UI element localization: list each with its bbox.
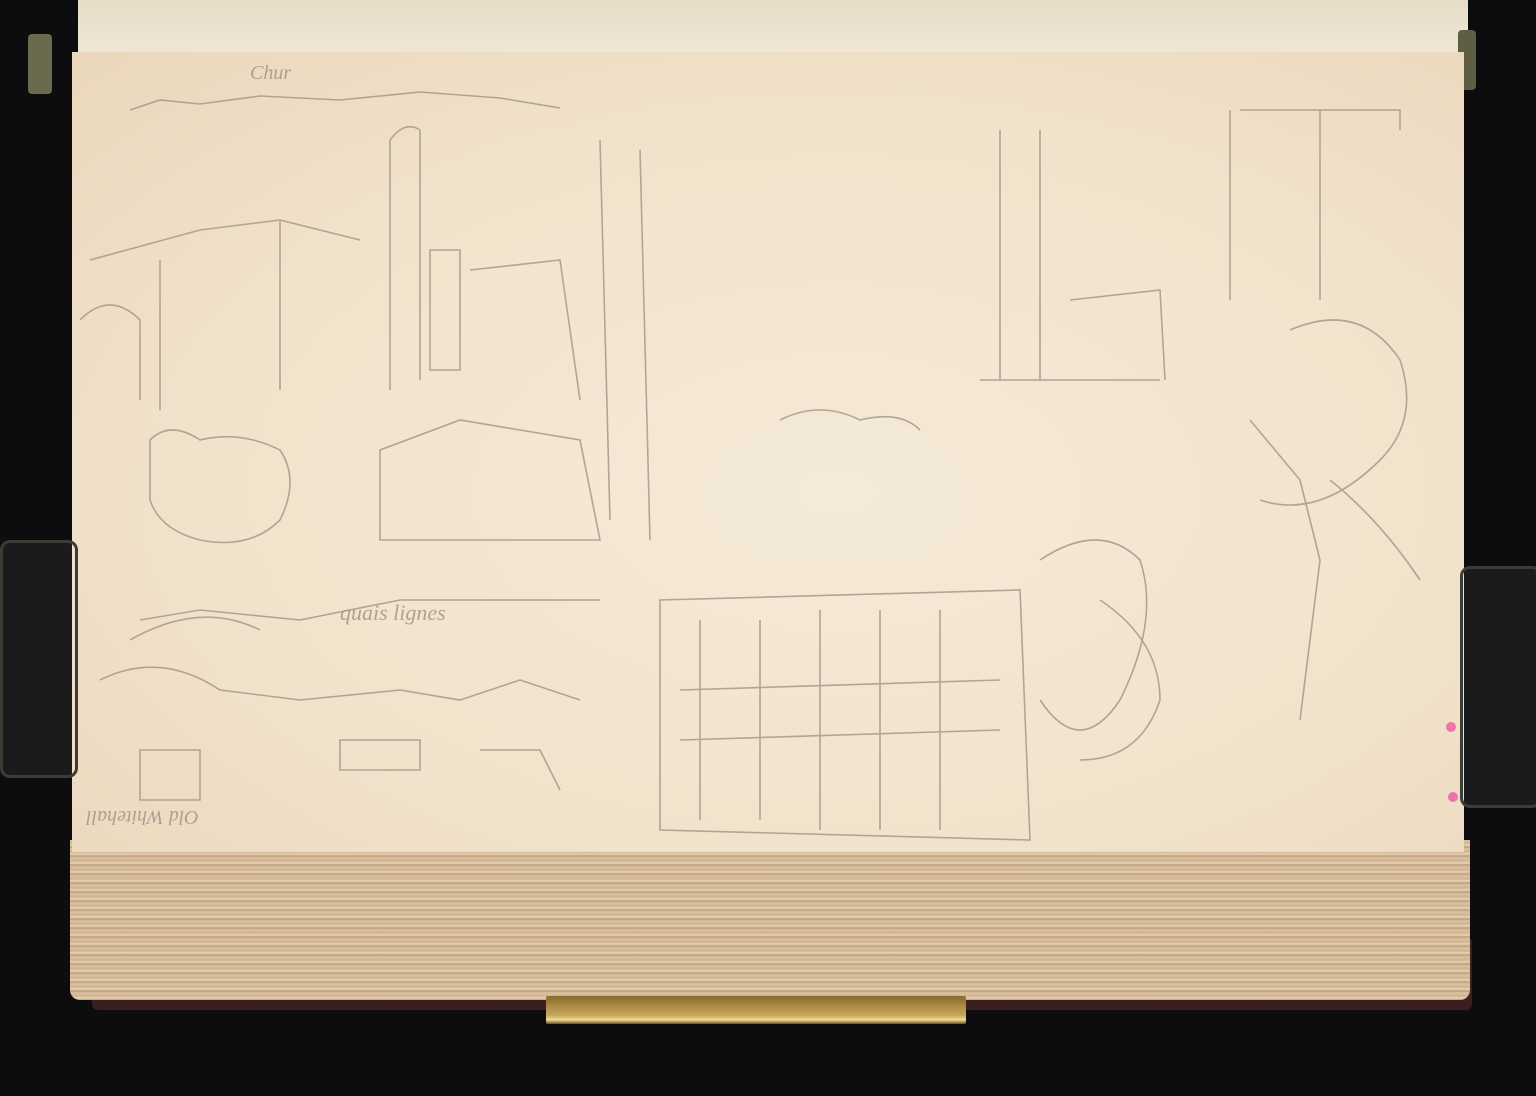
ribbon-bookmark-left xyxy=(28,34,52,94)
brass-clasp xyxy=(546,996,966,1024)
pink-mark xyxy=(1448,792,1458,802)
annotation-bottom-left: Old Whitehall xyxy=(86,805,199,828)
previous-page-edge xyxy=(78,0,1468,54)
annotation-middle: quais lignes xyxy=(340,600,446,626)
clear-page-clip-left xyxy=(0,540,78,778)
annotation-top-left: Chur xyxy=(250,62,291,85)
sketchbook-page xyxy=(72,52,1464,852)
pink-mark xyxy=(1446,722,1456,732)
page-edges xyxy=(70,840,1470,1000)
clear-page-clip-right xyxy=(1460,566,1536,808)
